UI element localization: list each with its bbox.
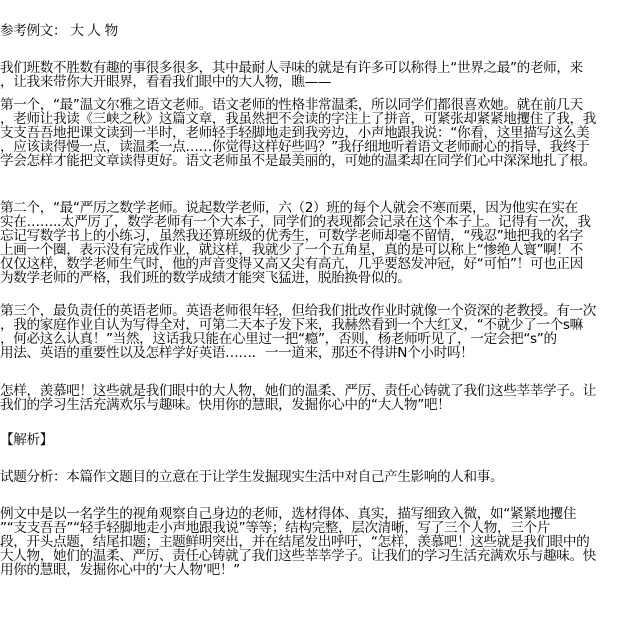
analysis-summary: 试题分析：本篇作文题目的立意在于让学生发掘现实生活中对自己产生影响的人和事。 (0, 470, 503, 484)
text-line: 我们的学习生活充满欢乐与趣味。快用你的慧眼，发掘你心中的“大人物”吧！ (0, 398, 450, 412)
text-line: 第一个，“最”温文尔雅之语文老师。语文老师的性格非常温柔，所以同学们都很喜欢她。… (0, 98, 583, 112)
text-line: 怎样，羡慕吧！这些就是我们眼中的大人物，她们的温柔、严厉、责任心铸就了我们这些莘… (0, 384, 596, 398)
text-line: ，我的家庭作业自认为写得全对，可第二天本子发下来，我赫然看到一个大红叉，“不就少… (0, 318, 583, 332)
text-line: 大人物，她们的温柔、严厉、责任心铸就了我们这些莘莘学子。让我们的学习生活充满欢乐… (0, 549, 596, 563)
text-line: 支支吾吾地把课文读到一半时，老师轻手轻脚地走到我旁边，小声地跟我说：“你看，这里… (0, 126, 589, 140)
text-line: ，应该读得慢一点，读温柔一点……你觉得这样好些吗？”我仔细地听着语文老师耐心的指… (0, 140, 589, 154)
text-line: ，老师让我读《三峡之秋》这篇文章，我虽然把不会读的字注上了拼音，可紧张却紧紧地攫… (0, 112, 596, 126)
text-line: 段，开头点题，结尾扣题；主题鲜明突出，并在结尾发出呼吁，“怎样，羡慕吧！这些就是… (0, 535, 589, 549)
text-line: ”“支支吾吾”“轻手轻脚地走小声地跟我说”等等；结构完整，层次清晰，写了三个人物… (0, 521, 550, 535)
text-line: 例文中是以一名学生的视角观察自己身边的老师，选材得体、真实，描写细致入微，如“紧… (0, 507, 576, 521)
text-line: ，让我来带你大开眼界，看看我们眼中的大人物，瞧—— (0, 75, 331, 89)
text-line: 第二个，“最“严厉之数学老师。说起数学老师，六（2）班的每个人就会不寒而栗，因为… (0, 201, 578, 215)
text-line: 仅仅这样，数学老师生气时，他的声音变得又高又尖有高亢，几乎要怒发冲冠，好“可怕”… (0, 257, 583, 271)
text-line: 上画一个圈，表示没有完成作业，就这样，我就少了一个五角星，真的是可以称上“惨绝人… (0, 243, 583, 257)
text-line: 学会怎样才能把文章读得更好。语文老师虽不是最美丽的，可她的温柔却在同学们心中深深… (0, 154, 596, 168)
text-line: 忘记写数学书上的小练习，虽然我还算班级的优秀生，可数学老师却毫不留情，“残忍”地… (0, 229, 583, 243)
analysis-heading: 【解析】 (0, 433, 53, 447)
essay-title: 参考例文： 大 人 物 (0, 24, 118, 38)
text-line: 实在……..太严厉了，数学老师有一个大本子，同学们的表现都会记录在这个本子上。记… (0, 215, 591, 229)
text-line: 用你的慧眼，发掘你心中的‘大人物’吧！” (0, 563, 240, 577)
text-line: 我们班数不胜数有趣的事很多很多，其中最耐人寻味的就是有许多可以称得上“世界之最”… (0, 61, 583, 75)
text-line: 第三个，最负责任的英语老师。英语老师很年轻，但给我们批改作业时就像一个资深的老教… (0, 304, 596, 318)
text-line: 用法、英语的重要性以及怎样学好英语……．一一道来，那还不得讲N个小时吗！ (0, 346, 473, 360)
text-line: ，何必这么认真！”当然，这话我只能在心里过一把“瘾”，否则，杨老师听见了，一定会… (0, 332, 557, 346)
text-line: 为数学老师的严格，我们班的数学成绩才能突飞猛进，脱胎换骨似的。 (0, 271, 411, 285)
